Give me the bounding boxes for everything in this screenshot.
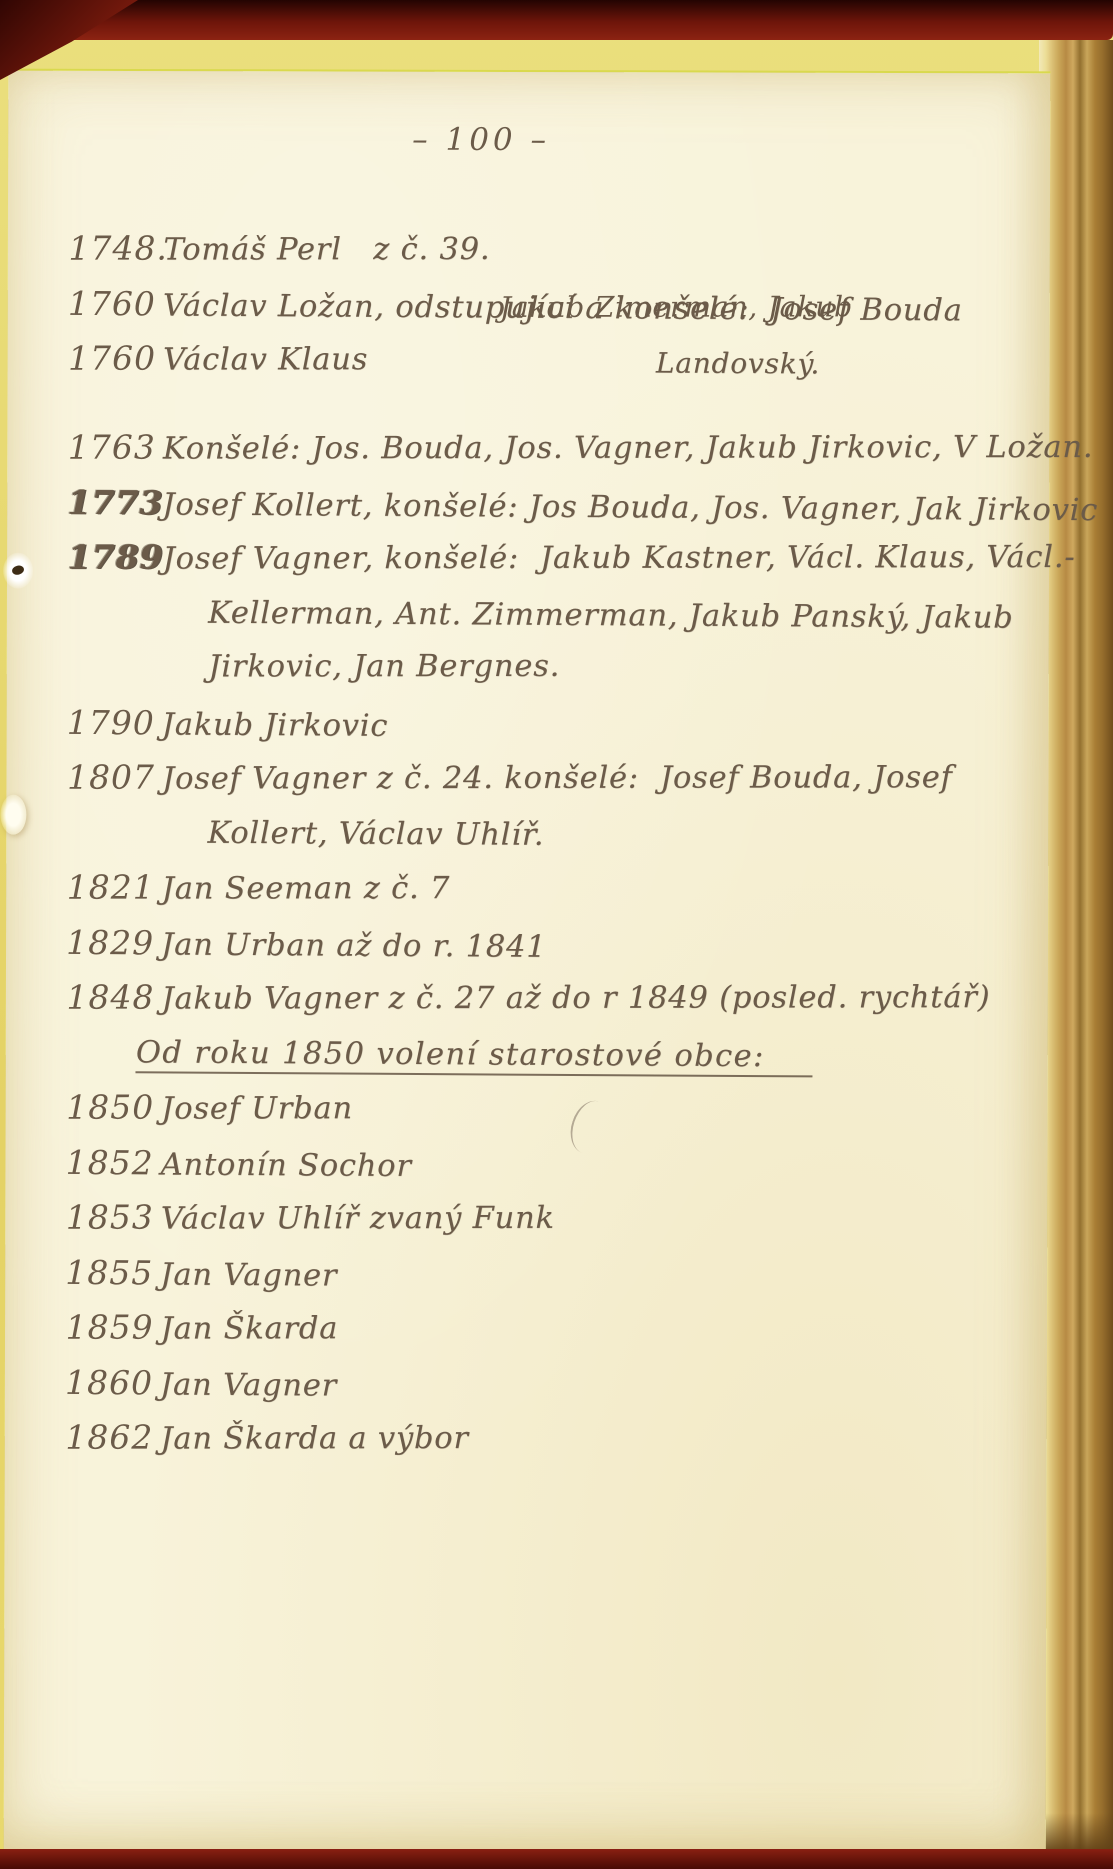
chronicle-entry: 1789Josef Vagner, konšelé: Jakub Kastner… <box>47 478 977 535</box>
chronicle-entry: Jirkovic, Jan Bergnes. <box>47 588 977 645</box>
chronicle-entry: 1760Václav Klaus Jakub Zimerman, Jakub <box>48 279 978 336</box>
chronicle-page: – 100 – 1748.Tomáš Perl z č. 39. 1760Vác… <box>4 71 1051 1858</box>
chronicle-entry: 1773Josef Kollert, konšelé: Jos Bouda, J… <box>47 425 977 486</box>
chronicle-entry: 1860Jan Vagner <box>45 1305 975 1366</box>
chronicle-entry: 1855Jan Vagner <box>45 1195 975 1256</box>
chronicle-entry: 1760Václav Ložan, odstupující a konšelé:… <box>48 226 978 287</box>
book-page-edges <box>1039 40 1113 1869</box>
chronicle-entry: Kellerman, Ant. Zimmerman, Jakub Panský,… <box>47 535 977 596</box>
chronicle-entry: 1859Jan Škarda <box>45 1248 975 1305</box>
chronicle-entry: 1852Antonín Sochor <box>45 1085 975 1146</box>
chronicle-entry: 1748.Tomáš Perl z č. 39. <box>48 169 978 226</box>
chronicle-entry: 1807Josef Vagner z č. 24. konšelé: Josef… <box>47 698 977 755</box>
chronicle-entry: 1790Jakub Jirkovic <box>47 645 977 706</box>
book-scan: – 100 – 1748.Tomáš Perl z č. 39. 1760Vác… <box>0 0 1113 1869</box>
paper-tear-mark <box>0 795 26 835</box>
chronicle-entry: 1848Jakub Vagner z č. 27 až do r 1849 (p… <box>46 918 976 975</box>
book-cover-bottom-band <box>0 1849 1113 1869</box>
chronicle-entry: 1850Josef Urban <box>46 1028 976 1085</box>
page-number: – 100 – <box>412 122 550 158</box>
chronicle-entry: 1829Jan Urban až do r. 1841 <box>46 865 976 926</box>
entry-year: 1862 <box>65 1412 160 1464</box>
chronicle-entry: Kollert, Václav Uhlíř. <box>46 755 976 816</box>
chronicle-entry: 1821Jan Seeman z č. 7 <box>46 808 976 865</box>
chronicle-entry: Od roku 1850 volení starostové obce: <box>46 975 976 1036</box>
chronicle-entry: 1763Konšelé: Jos. Bouda, Jos. Vagner, Ja… <box>47 368 977 425</box>
paper-tear-mark <box>3 553 33 589</box>
chronicle-entry: 1862Jan Škarda a výbor <box>45 1358 975 1415</box>
entry-list: 1748.Tomáš Perl z č. 39. 1760Václav Loža… <box>45 171 978 1417</box>
chronicle-entry: 1853Václav Uhlíř zvaný Funk <box>45 1138 975 1195</box>
entry-side-note: Jakub Zimerman, Jakub <box>500 281 853 334</box>
entry-text: Jan Škarda a výbor <box>160 1421 469 1457</box>
book-cover-top-band <box>0 0 1113 40</box>
